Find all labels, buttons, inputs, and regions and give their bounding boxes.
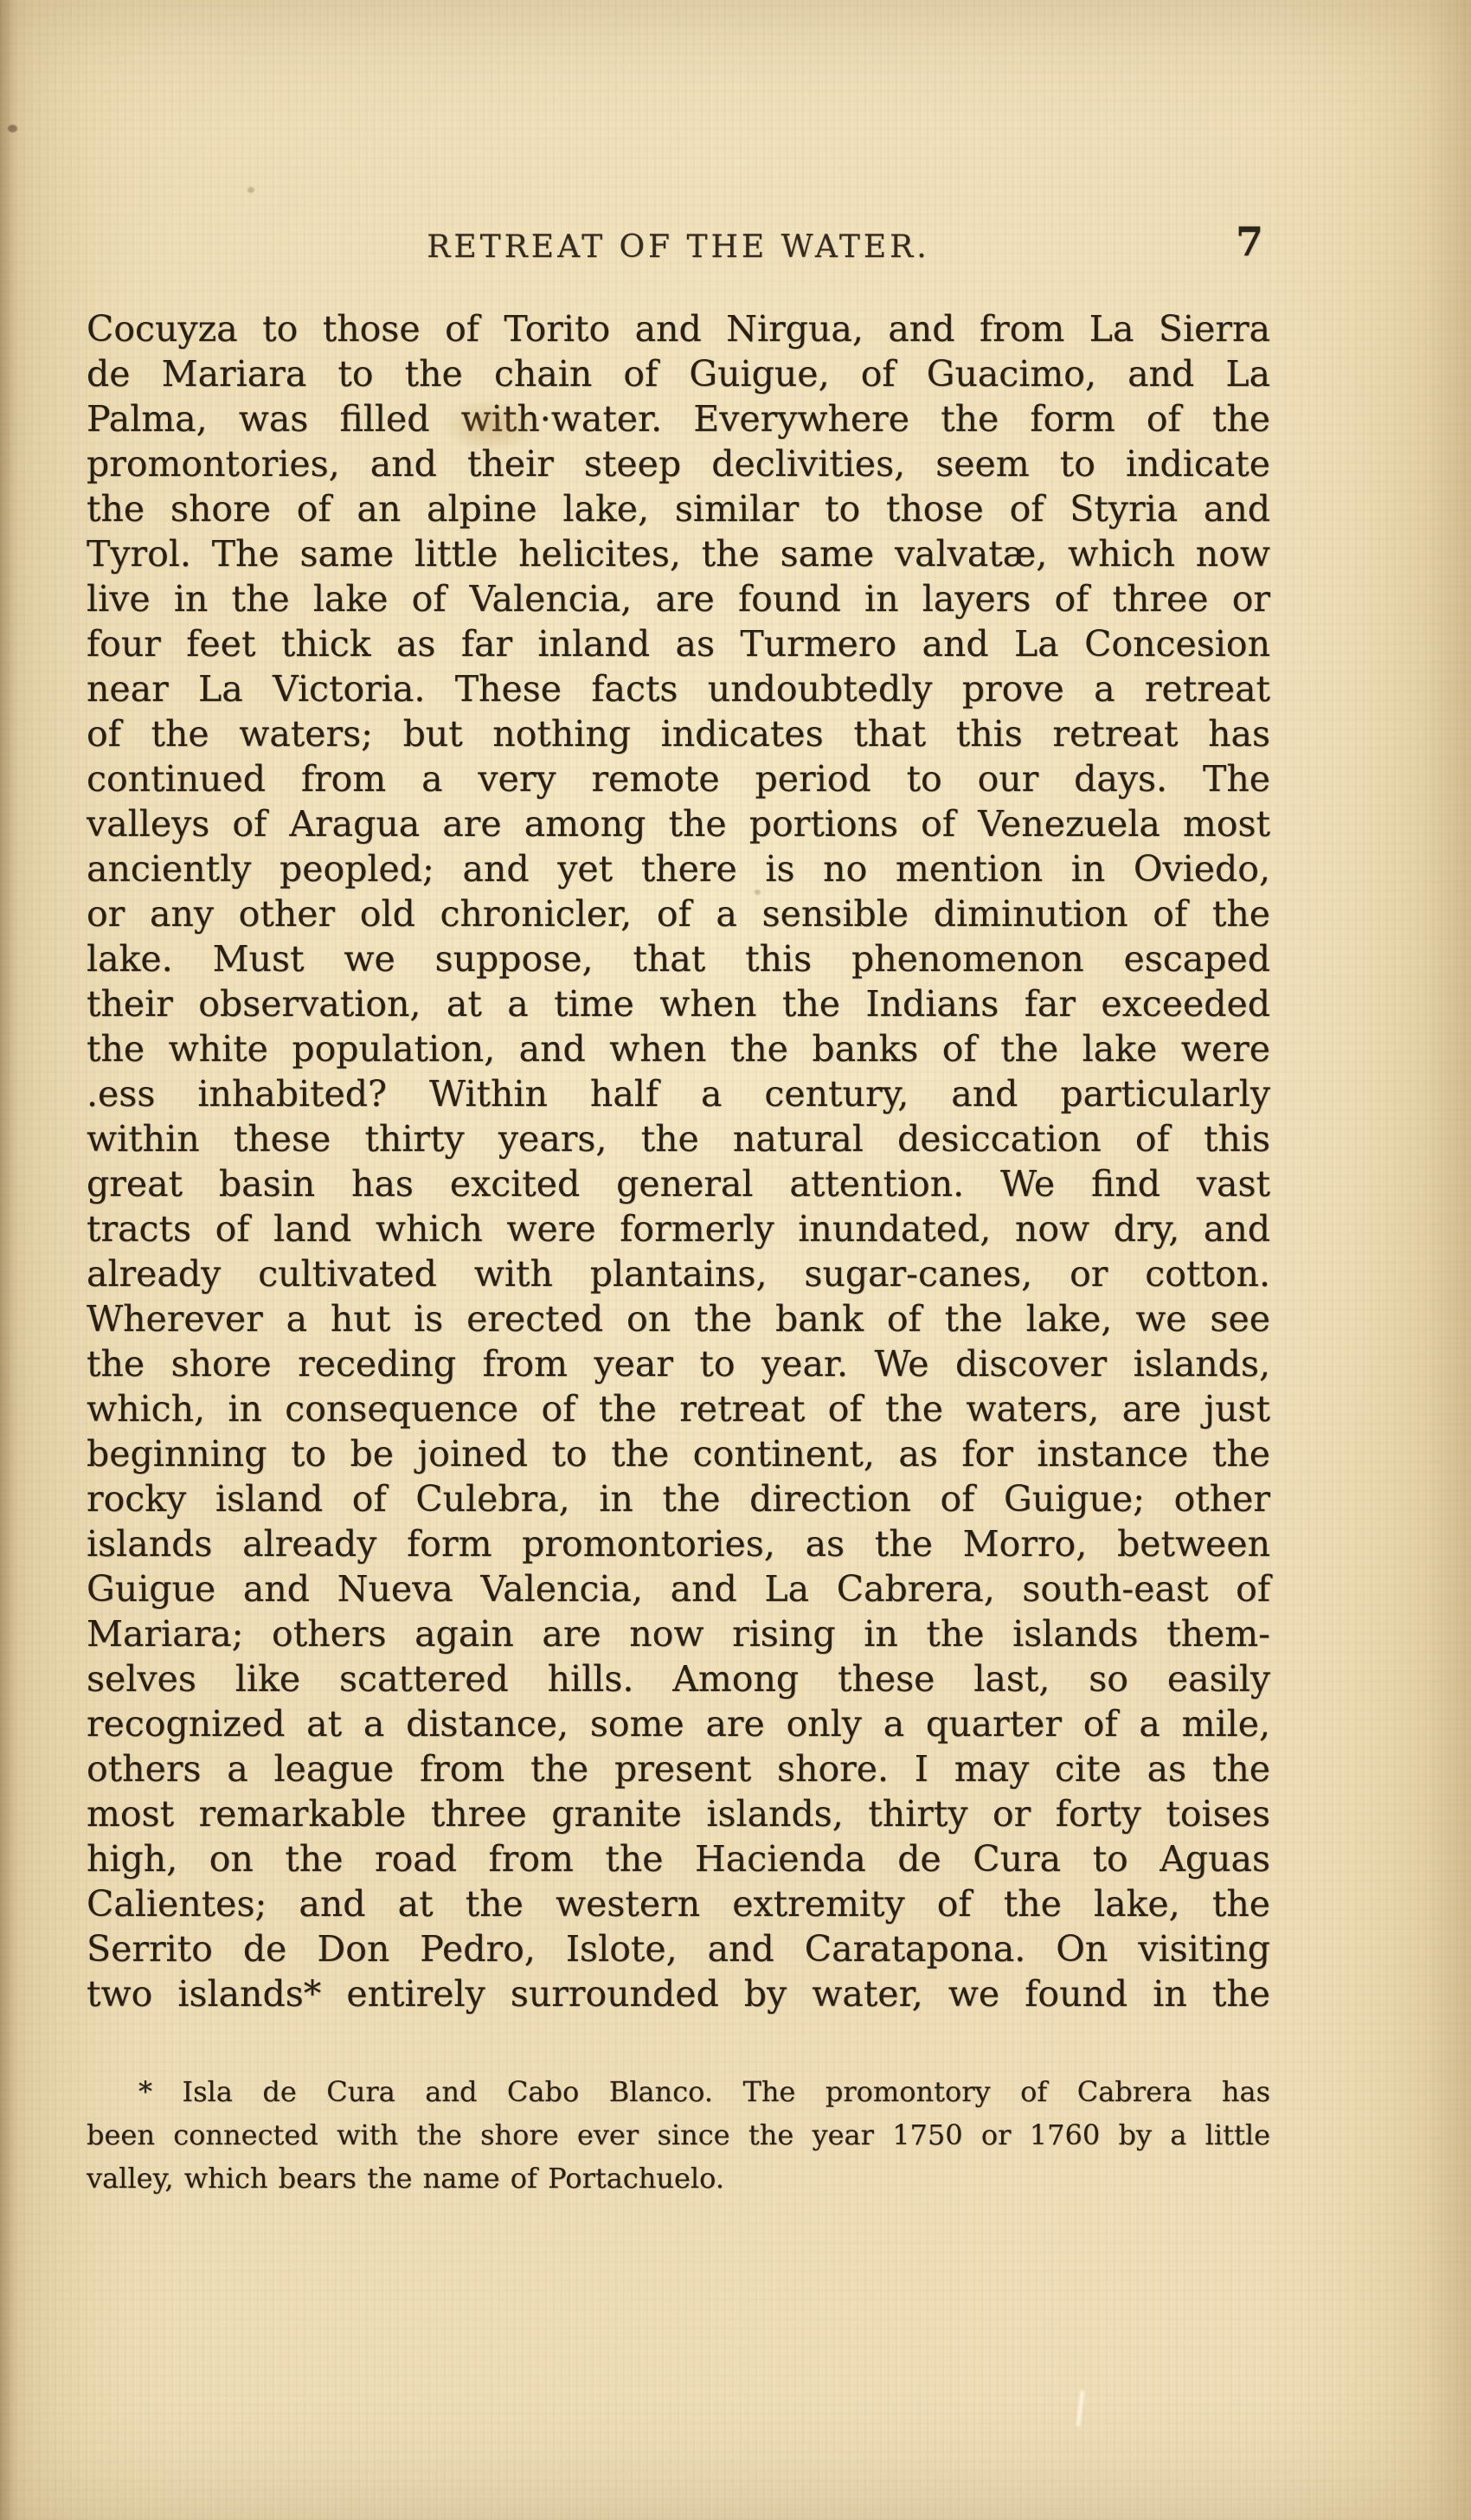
body-line: high, on the road from the Hacienda de C…	[87, 1836, 1270, 1881]
body-line: recognized at a distance, some are only …	[87, 1701, 1270, 1746]
body-line: Serrito de Don Pedro, Islote, and Carata…	[87, 1926, 1270, 1971]
body-line: de Mariara to the chain of Guigue, of Gu…	[87, 351, 1270, 396]
body-line: four feet thick as far inland as Turmero…	[87, 621, 1270, 666]
book-page: RETREAT OF THE WATER. 7 Cocuyza to those…	[0, 0, 1471, 2520]
body-line: valleys of Aragua are among the portions…	[87, 801, 1270, 846]
footnote-line: valley, which bears the name of Portachu…	[87, 2157, 1270, 2200]
body-line: continued from a very remote period to o…	[87, 756, 1270, 801]
paper-speck	[247, 187, 254, 193]
body-text: Cocuyza to those of Torito and Nirgua, a…	[87, 306, 1270, 2016]
body-line: beginning to be joined to the continent,…	[87, 1431, 1270, 1476]
body-line: or any other old chronicler, of a sensib…	[87, 891, 1270, 936]
body-line: tracts of land which were formerly inund…	[87, 1206, 1270, 1251]
body-line: within these thirty years, the natural d…	[87, 1116, 1270, 1161]
body-line: near La Victoria. These facts undoubtedl…	[87, 666, 1270, 711]
body-line: live in the lake of Valencia, are found …	[87, 576, 1270, 621]
body-line: Tyrol. The same little helicites, the sa…	[87, 531, 1270, 576]
running-title: RETREAT OF THE WATER.	[87, 223, 1270, 272]
page-number: 7	[1236, 218, 1263, 265]
body-line: the white population, and when the banks…	[87, 1026, 1270, 1071]
body-line: Cocuyza to those of Torito and Nirgua, a…	[87, 306, 1270, 351]
body-line: Wherever a hut is erected on the bank of…	[87, 1296, 1270, 1341]
paper-stain	[443, 400, 538, 452]
body-line: of the waters; but nothing indicates tha…	[87, 711, 1270, 756]
body-line: great basin has excited general attentio…	[87, 1161, 1270, 1206]
page-content: RETREAT OF THE WATER. 7 Cocuyza to those…	[0, 0, 1471, 2520]
body-line: Mariara; others again are now rising in …	[87, 1611, 1270, 1656]
body-line: Palma, was filled with·water. Everywhere…	[87, 396, 1270, 441]
body-line: islands already form promontories, as th…	[87, 1521, 1270, 1566]
body-line: already cultivated with plantains, sugar…	[87, 1251, 1270, 1296]
footnote-line: been connected with the shore ever since…	[87, 2113, 1270, 2157]
body-line: the shore of an alpine lake, similar to …	[87, 486, 1270, 531]
body-line: their observation, at a time when the In…	[87, 981, 1270, 1026]
body-line: Calientes; and at the western extremity …	[87, 1881, 1270, 1926]
paper-speck	[755, 890, 761, 895]
body-line: which, in consequence of the retreat of …	[87, 1386, 1270, 1431]
paper-speck	[8, 125, 17, 132]
body-line: the shore receding from year to year. We…	[87, 1341, 1270, 1386]
body-line: Guigue and Nueva Valencia, and La Cabrer…	[87, 1566, 1270, 1611]
body-line: .ess inhabited? Within half a century, a…	[87, 1071, 1270, 1116]
body-line: selves like scattered hills. Among these…	[87, 1656, 1270, 1701]
body-line: two islands* entirely surrounded by wate…	[87, 1971, 1270, 2016]
footnote: * Isla de Cura and Cabo Blanco. The prom…	[87, 2070, 1270, 2200]
body-line: most remarkable three granite islands, t…	[87, 1791, 1270, 1836]
footnote-line: * Isla de Cura and Cabo Blanco. The prom…	[87, 2070, 1270, 2113]
body-line: anciently peopled; and yet there is no m…	[87, 846, 1270, 891]
body-line: rocky island of Culebra, in the directio…	[87, 1476, 1270, 1521]
body-line: others a league from the present shore. …	[87, 1746, 1270, 1791]
body-line: promontories, and their steep declivitie…	[87, 441, 1270, 486]
page-header: RETREAT OF THE WATER. 7	[87, 223, 1270, 272]
body-line: lake. Must we suppose, that this phenome…	[87, 936, 1270, 981]
